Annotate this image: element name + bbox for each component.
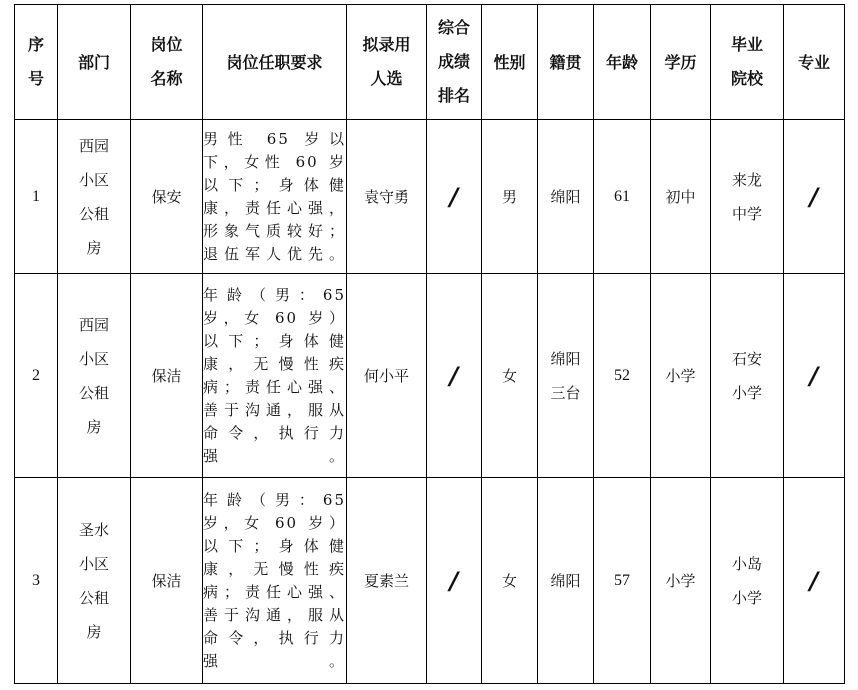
cell-age: 57 xyxy=(594,478,651,684)
table-row: 2 西园小区公租房 保洁 年龄（男：65岁，女 60 岁）以下；身体健康，无慢性… xyxy=(15,274,845,478)
cell-ranking: / xyxy=(427,478,482,684)
header-row: 序号 部门 岗位名称 岗位任职要求 拟录用人选 综合成绩排名 性别 籍贯 年龄 … xyxy=(15,5,845,120)
cell-candidate: 夏素兰 xyxy=(347,478,427,684)
cell-school: 来龙中学 xyxy=(711,120,784,274)
cell-department: 圣水小区公租房 xyxy=(58,478,131,684)
header-education: 学历 xyxy=(651,5,711,120)
cell-candidate: 何小平 xyxy=(347,274,427,478)
cell-position: 保洁 xyxy=(131,274,203,478)
cell-index: 3 xyxy=(15,478,58,684)
cell-index: 1 xyxy=(15,120,58,274)
header-ranking: 综合成绩排名 xyxy=(427,5,482,120)
cell-gender: 女 xyxy=(482,274,538,478)
cell-department: 西园小区公租房 xyxy=(58,120,131,274)
header-position: 岗位名称 xyxy=(131,5,203,120)
header-department: 部门 xyxy=(58,5,131,120)
header-index: 序号 xyxy=(15,5,58,120)
cell-ranking: / xyxy=(427,274,482,478)
cell-position: 保洁 xyxy=(131,478,203,684)
header-age: 年龄 xyxy=(594,5,651,120)
cell-hometown: 绵阳三台 xyxy=(538,274,594,478)
cell-education: 小学 xyxy=(651,478,711,684)
candidate-roster-table: 序号 部门 岗位名称 岗位任职要求 拟录用人选 综合成绩排名 性别 籍贯 年龄 … xyxy=(14,4,845,684)
header-requirements: 岗位任职要求 xyxy=(203,5,347,120)
cell-school: 石安小学 xyxy=(711,274,784,478)
header-hometown: 籍贯 xyxy=(538,5,594,120)
cell-ranking: / xyxy=(427,120,482,274)
cell-hometown: 绵阳 xyxy=(538,120,594,274)
header-major: 专业 xyxy=(784,5,845,120)
cell-education: 小学 xyxy=(651,274,711,478)
header-candidate: 拟录用人选 xyxy=(347,5,427,120)
cell-school: 小岛小学 xyxy=(711,478,784,684)
cell-position: 保安 xyxy=(131,120,203,274)
cell-requirements: 年龄（男：65岁，女 60 岁）以下；身体健康，无慢性疾病；责任心强、善于沟通，… xyxy=(203,274,347,478)
header-school: 毕业院校 xyxy=(711,5,784,120)
cell-major: / xyxy=(784,478,845,684)
table-row: 3 圣水小区公租房 保洁 年龄（男：65岁，女 60 岁）以下；身体健康，无慢性… xyxy=(15,478,845,684)
cell-gender: 女 xyxy=(482,478,538,684)
cell-age: 52 xyxy=(594,274,651,478)
cell-index: 2 xyxy=(15,274,58,478)
header-gender: 性别 xyxy=(482,5,538,120)
cell-major: / xyxy=(784,274,845,478)
cell-major: / xyxy=(784,120,845,274)
cell-candidate: 袁守勇 xyxy=(347,120,427,274)
cell-requirements: 年龄（男：65岁，女 60 岁）以下；身体健康，无慢性疾病；责任心强、善于沟通，… xyxy=(203,478,347,684)
cell-age: 61 xyxy=(594,120,651,274)
cell-hometown: 绵阳 xyxy=(538,478,594,684)
cell-education: 初中 xyxy=(651,120,711,274)
cell-requirements: 男性 65 岁以下，女性 60 岁以下；身体健康，责任心强，形象气质较好；退伍军… xyxy=(203,120,347,274)
cell-department: 西园小区公租房 xyxy=(58,274,131,478)
table-row: 1 西园小区公租房 保安 男性 65 岁以下，女性 60 岁以下；身体健康，责任… xyxy=(15,120,845,274)
cell-gender: 男 xyxy=(482,120,538,274)
